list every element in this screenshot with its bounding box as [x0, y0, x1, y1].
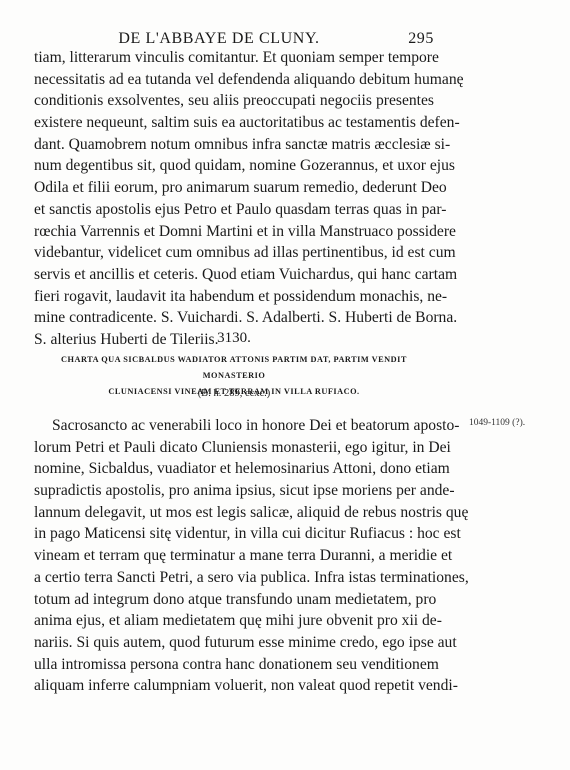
text-line: aliquam inferre calumpniam voluerit, non…	[34, 675, 434, 697]
text-line: conditionis exsolventes, seu aliis preoc…	[34, 90, 434, 112]
charter-source: (B. h. 289, ccxc.)	[34, 388, 434, 399]
text-line: supradictis apostolis, pro anima ipsius,…	[34, 480, 434, 502]
text-line: totum ad integrum dono atque transfundo …	[34, 589, 434, 611]
text-line: nariis. Si quis autem, quod futurum esse…	[34, 632, 434, 654]
text-line: existere nequeunt, saltim suis ea auctor…	[34, 112, 434, 134]
text-line: anima ejus, et aliam medietatem quę mihi…	[34, 610, 434, 632]
text-line: a certio terra Sancti Petri, a sero via …	[34, 567, 434, 589]
text-line: lannum delegavit, ut mos est legis salic…	[34, 502, 434, 524]
text-line: rœchia Varrennis et Domni Martini et in …	[34, 221, 434, 243]
text-line: et sanctis apostolis ejus Petro et Paulo…	[34, 199, 434, 221]
running-head-title: DE L'ABBAYE DE CLUNY.	[34, 30, 404, 48]
charter-text: Sacrosancto ac venerabili loco in honore…	[34, 415, 434, 697]
text-line: in pago Maticensi sitę videntur, in vill…	[34, 523, 434, 545]
text-line: dant. Quamobrem notum omnibus infra sanc…	[34, 134, 434, 156]
text-line: nomine, Sicbaldus, vuadiator et helemosi…	[34, 458, 434, 480]
text-line: ulla intromissa persona contra hanc dona…	[34, 654, 434, 676]
text-line: vineam et terram quę terminatur a mane t…	[34, 545, 434, 567]
text-line: mine contradicente. S. Vuichardi. S. Ada…	[34, 307, 434, 329]
text-line: necessitatis ad ea tutanda vel defendend…	[34, 69, 434, 91]
page-number: 295	[408, 30, 434, 48]
text-line: fieri rogavit, laudavit ita habendum et …	[34, 286, 434, 308]
margin-date: 1049-1109 (?).	[469, 418, 525, 428]
previous-charter-text: tiam, litterarum vinculis comitantur. Et…	[34, 47, 434, 351]
text-line: tiam, litterarum vinculis comitantur. Et…	[34, 47, 434, 69]
charter-number: 3130.	[34, 330, 434, 347]
text-line: Sacrosancto ac venerabili loco in honore…	[34, 415, 434, 437]
text-line: num degentibus sit, quod quidam, nomine …	[34, 155, 434, 177]
text-line: Odila et filii eorum, pro animarum suaru…	[34, 177, 434, 199]
charter-title-line: CHARTA QUA SICBALDUS WADIATOR ATTONIS PA…	[34, 352, 434, 384]
text-line: servis et ancillis et ceteris. Quod etia…	[34, 264, 434, 286]
text-line: videbantur, videlicet cum omnibus ad ill…	[34, 242, 434, 264]
text-line: lorum Petri et Pauli dicato Cluniensis m…	[34, 437, 434, 459]
